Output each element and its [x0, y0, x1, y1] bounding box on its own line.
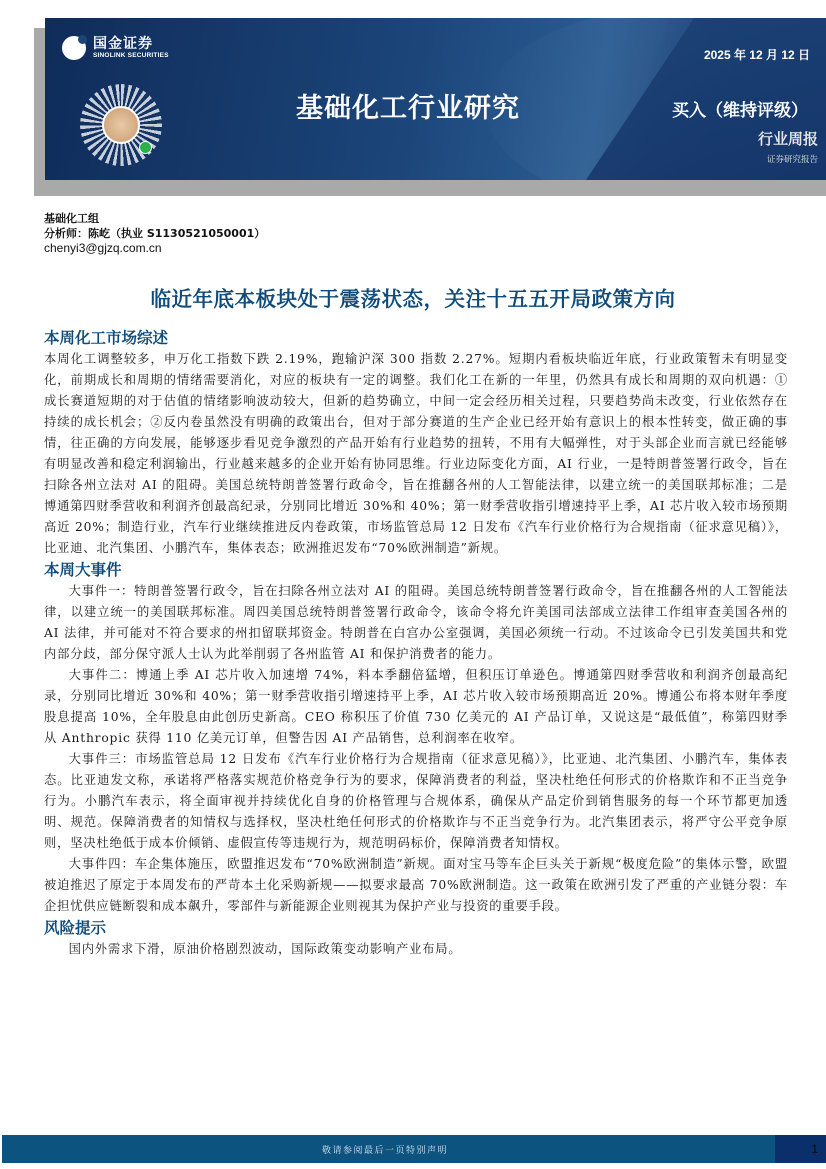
rating-badge: 买入（维持评级） — [672, 96, 808, 121]
sinolink-logo-icon — [62, 36, 86, 60]
paragraph-event-4: 大事件四：车企集体施压，欧盟推迟发布“70%欧洲制造”新规。面对宝马等车企巨头关… — [44, 854, 788, 917]
report-subtype: 证券研究报告 — [767, 153, 818, 165]
analyst-name: 分析师：陈屹（执业 S1130521050001） — [44, 226, 265, 241]
paragraph-event-1: 大事件一：特朗普签署行政令，旨在扫除各州立法对 AI 的阻碍。美国总统特朗普签署… — [44, 581, 788, 665]
section-heading: 风险提示 — [44, 917, 788, 939]
report-body: 本周化工市场综述 本周化工调整较多，申万化工指数下跌 2.19%，跑输沪深 30… — [44, 327, 788, 960]
paragraph-event-2: 大事件二：博通上季 AI 芯片收入加速增 74%，料本季翻倍猛增，但积压订单逊色… — [44, 665, 788, 749]
paragraph-event-3: 大事件三：市场监管总局 12 日发布《汽车行业价格行为合规指南（征求意见稿）》，… — [44, 749, 788, 854]
section-heading: 本周大事件 — [44, 559, 788, 581]
report-date: 2025 年 12 月 12 日 — [704, 46, 810, 63]
paragraph: 国内外需求下滑，原油价格剧烈波动，国际政策变动影响产业布局。 — [44, 939, 788, 960]
brand-name-cn: 国金证券 — [93, 36, 169, 52]
wechat-mini-program-icon — [139, 141, 152, 154]
footer-disclaimer: 敬请参阅最后一页特别声明 — [322, 1143, 448, 1156]
analyst-info: 基础化工组 分析师：陈屹（执业 S1130521050001） chenyi3@… — [44, 211, 265, 256]
brand-name-en: SINOLINK SECURITIES — [93, 52, 169, 60]
section-weekly-events: 本周大事件 大事件一：特朗普签署行政令，旨在扫除各州立法对 AI 的阻碍。美国总… — [44, 559, 788, 917]
brand-logo: 国金证券 SINOLINK SECURITIES — [62, 36, 169, 60]
section-market-overview: 本周化工市场综述 本周化工调整较多，申万化工指数下跌 2.19%，跑输沪深 30… — [44, 327, 788, 559]
document-title: 临近年底本板块处于震荡状态，关注十五五开局政策方向 — [0, 282, 826, 312]
page-number: 1 — [775, 1135, 826, 1163]
analyst-email-link[interactable]: chenyi3@gjzq.com.cn — [44, 241, 265, 256]
section-risk-warning: 风险提示 国内外需求下滑，原油价格剧烈波动，国际政策变动影响产业布局。 — [44, 917, 788, 960]
paragraph: 本周化工调整较多，申万化工指数下跌 2.19%，跑输沪深 300 指数 2.27… — [44, 349, 788, 559]
qr-center-emblem-icon — [102, 106, 140, 144]
analyst-team: 基础化工组 — [44, 211, 265, 226]
section-heading: 本周化工市场综述 — [44, 327, 788, 349]
report-type: 行业周报 — [758, 128, 818, 149]
report-category: 基础化工行业研究 — [296, 86, 520, 125]
